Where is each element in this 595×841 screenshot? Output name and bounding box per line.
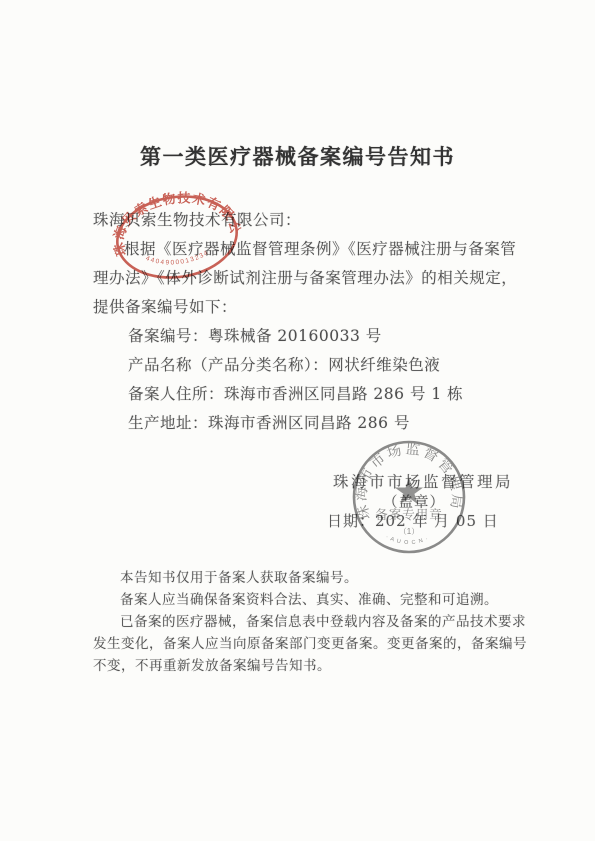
issue-date: 日期：202 年 月 05 日 [327,510,499,531]
recipient-line: 珠海贝索生物技术有限公司： [93,206,527,235]
filing-detail-list: 备案编号：粤珠械备 20160033 号 产品名称（产品分类名称）：网状纤维染色… [128,322,527,438]
production-address-line: 生产地址：珠海市香洲区同昌路 286 号 [128,409,527,438]
footer-notes: 本告知书仅用于备案人获取备案编号。 备案人应当确保备案资料合法、真实、准确、完整… [93,567,538,677]
authority-seal-micro-text: · A U O C N · [385,534,430,546]
scanned-document-page: 第一类医疗器械备案编号告知书 珠海贝索生物技术有限公司： 根据《医疗器械监督管理… [0,0,595,841]
page-title: 第一类医疗器械备案编号告知书 [0,141,595,171]
intro-paragraph: 根据《医疗器械监督管理条例》《医疗器械注册与备案管理办法》《体外诊断试剂注册与备… [93,235,527,322]
footer-note-1: 本告知书仅用于备案人获取备案编号。 [93,567,538,589]
issuing-authority: 珠海市市场监督管理局 [333,470,513,492]
seal-here-note: （盖章） [383,491,445,512]
footer-note-2: 备案人应当确保备案资料合法、真实、准确、完整和可追溯。 [93,589,538,611]
svg-text:· A U O C N ·: · A U O C N · [385,534,430,546]
footer-note-3: 已备案的医疗器械，备案信息表中登载内容及备案的产品技术要求发生变化，备案人应当向… [93,611,538,677]
product-name-line: 产品名称（产品分类名称）：网状纤维染色液 [128,351,527,380]
registrant-address-line: 备案人住所：珠海市香洲区同昌路 286 号 1 栋 [128,380,527,409]
filing-number-line: 备案编号：粤珠械备 20160033 号 [128,322,527,351]
document-body: 珠海贝索生物技术有限公司： 根据《医疗器械监督管理条例》《医疗器械注册与备案管理… [93,206,527,438]
